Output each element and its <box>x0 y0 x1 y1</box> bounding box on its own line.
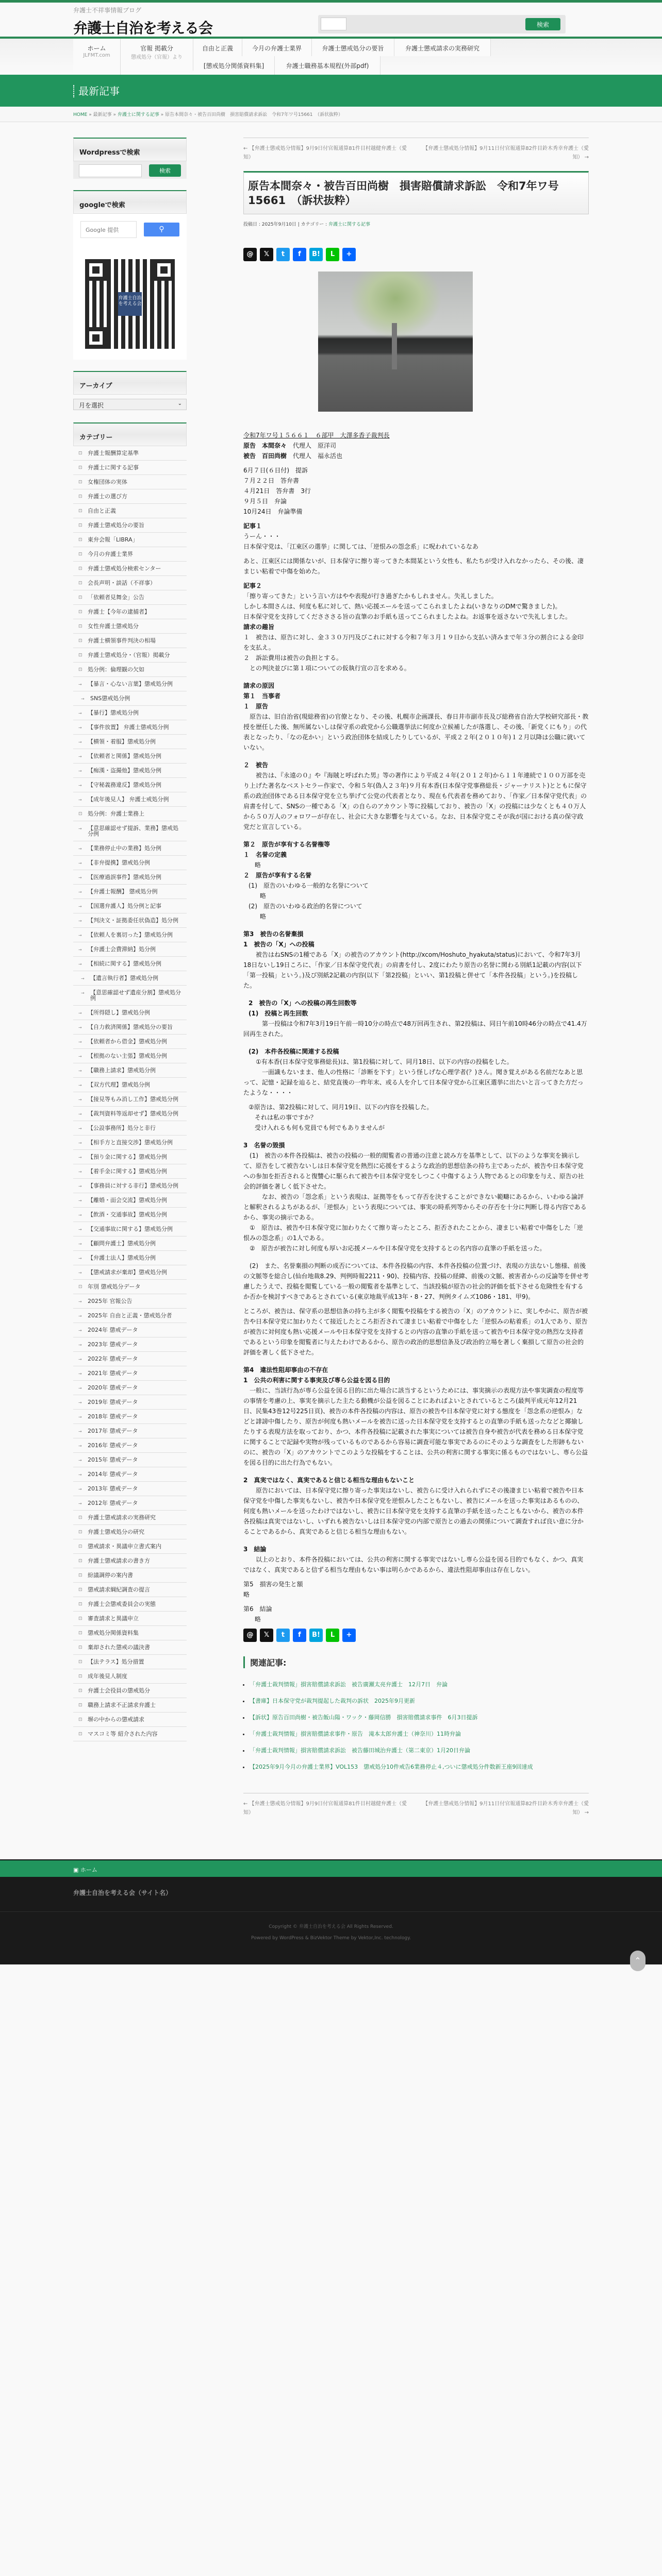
nav-jiyu-to-seigi[interactable]: 自由と正義 <box>193 39 242 56</box>
arrow-box-icon: ⊡ <box>78 1530 82 1535</box>
category-item[interactable]: ⊡弁護士懲戒請求の書き方 <box>73 1554 187 1568</box>
article-body: 令和7年ワ号１５６６１ ６部甲 大澤多香子裁判長 原告 本間奈々 代理人 原洋司… <box>243 430 589 1624</box>
related-post-item: 【2025年9月今月の弁護士業界】VOL153 懲戒処分10件戒告6業務停止４,… <box>250 1762 589 1772</box>
arrow-box-icon: ⊡ <box>78 609 82 615</box>
category-item[interactable]: →2013年 懲戒データ <box>73 1482 187 1496</box>
arrow-box-icon: ⊡ <box>78 451 82 456</box>
arrow-right-icon: → <box>78 1241 82 1247</box>
copyright: Copyright © 弁護士自治を考える会 All Rights Reserv… <box>0 1921 662 1933</box>
wp-search-title: Wordpressで検索 <box>73 138 187 161</box>
arrow-right-icon: → <box>78 875 82 880</box>
site-footer: 弁護士自治を考える会（サイト名） Copyright © 弁護士自治を考える会 … <box>0 1877 662 1964</box>
arrow-right-icon: → <box>78 918 82 924</box>
category-item[interactable]: →【横領・着服】懲戒処分例 <box>73 735 187 749</box>
arrow-right-icon: → <box>78 768 82 774</box>
category-item[interactable]: →【守秘義務違反】懲戒処分例 <box>73 778 187 792</box>
arrow-right-icon: → <box>78 1501 82 1506</box>
category-item[interactable]: ⊡弁護士報酬算定基準 <box>73 446 187 461</box>
category-item[interactable]: →【双方代理】懲戒処分例 <box>73 1078 187 1092</box>
prev-post-link[interactable]: ← 【弁護士懲戒処分情報】9月9日付官報通算81件目村越健弁護士（愛知） <box>243 144 413 162</box>
category-item[interactable]: ⊡マスコミ等 紹介された内容 <box>73 1727 187 1741</box>
category-item[interactable]: →2024年 懲戒データ <box>73 1323 187 1337</box>
category-item[interactable]: ⊡弁護士懲戒処分・（官報）掲載分 <box>73 648 187 663</box>
arrow-right-icon: → <box>78 846 82 852</box>
related-post-link[interactable]: 「弁護士裁判情報」損害賠償請求事件・原告 滝本太郎弁護士（神奈川）11時弁論 <box>250 1731 461 1737</box>
related-post-link[interactable]: 【書庫】日本保守党が裁判提起した裁判の訴状 2025年9月更新 <box>250 1698 415 1704</box>
category-item[interactable]: →2012年 懲戒データ <box>73 1496 187 1511</box>
category-item[interactable]: ⊡処分例：弁護士業務上 <box>73 807 187 821</box>
arrow-box-icon: ⊡ <box>78 1587 82 1593</box>
arrow-right-icon: → <box>81 976 85 981</box>
related-post-link[interactable]: 「弁護士裁判情報」損害賠償請求訴訟 被告廣瀬太亮弁護士 12月7日 弁論 <box>250 1681 448 1688</box>
arrow-right-icon: → <box>78 1270 82 1276</box>
arrow-right-icon: → <box>78 1054 82 1059</box>
article-meta: 投稿日 : 2025年9月10日 | カテゴリー : 弁護士に関する記事 <box>243 221 589 227</box>
main-content: ← 【弁護士懲戒処分情報】9月9日付官報通算81件目村越健弁護士（愛知） 【弁護… <box>243 138 589 1823</box>
arrow-box-icon: ⊡ <box>78 552 82 557</box>
arrow-box-icon: ⊡ <box>78 1544 82 1550</box>
nav-jitsumu[interactable]: 弁護士懲戒請求の実務研究 <box>394 39 491 56</box>
breadcrumb-current: 原告本間奈々・被告百田尚樹 損害賠償請求訴訟 令和7年ワ号15661 （訴状抜粋… <box>165 112 343 117</box>
chevron-down-icon: ⌄ <box>178 401 182 406</box>
nav-kitei-pdf[interactable]: 弁護士職務基本規程(外部pdf) <box>275 56 380 75</box>
arrow-box-icon: ⊡ <box>78 811 82 817</box>
category-item[interactable]: ⊡年別 懲戒処分データ <box>73 1280 187 1294</box>
arrow-right-icon: → <box>78 1429 82 1434</box>
global-nav-wrap: ホームJLFMT.com 官報 掲載分懲戒処分（官報）より 自由と正義 今月の弁… <box>0 39 662 75</box>
case-number: 令和7年ワ号１５６６１ ６部甲 大澤多香子裁判長 <box>243 430 589 440</box>
line-share-icon[interactable]: L <box>326 248 339 261</box>
category-item[interactable]: ⊡弁護士懲戒請求の実務研究 <box>73 1511 187 1525</box>
arrow-box-icon: ⊡ <box>78 667 82 673</box>
category-item[interactable]: →【所得隠し】懲戒処分例 <box>73 1006 187 1020</box>
category-item[interactable]: ⊡女権団体の実体 <box>73 475 187 489</box>
related-post-link[interactable]: 「弁護士裁判情報」損害賠償請求訴訟 被告藤田城治弁護士（第二東京）1月20日弁論 <box>250 1747 470 1754</box>
category-item[interactable]: →【裁判資料等返却せず】懲戒処分例 <box>73 1107 187 1121</box>
wp-search-button[interactable]: 検索 <box>149 164 181 177</box>
page-banner: 最新記事 <box>0 75 662 107</box>
arrow-right-icon: → <box>78 710 82 716</box>
scroll-to-top-button[interactable]: ⌃ <box>630 1951 646 1971</box>
related-post-item: 【書庫】日本保守党が裁判提起した裁判の訴状 2025年9月更新 <box>250 1696 589 1706</box>
category-item[interactable]: →【相手方と直接交渉】懲戒処分例 <box>73 1136 187 1150</box>
category-item[interactable]: →【事件放置】 弁護士懲戒処分例 <box>73 720 187 735</box>
category-item[interactable]: ⊡自由と正義 <box>73 504 187 518</box>
sidebar: Wordpressで検索 検索 googleで検索 Google 提供 ⚲ 弁護… <box>73 138 187 1741</box>
category-item[interactable]: →2019年 懲戒データ <box>73 1395 187 1410</box>
category-item[interactable]: →2025年 自由と正義・懲戒処分者 <box>73 1309 187 1323</box>
arrow-right-icon: → <box>78 1140 82 1146</box>
arrow-right-icon: → <box>78 1299 82 1304</box>
arrow-right-icon: → <box>78 1010 82 1016</box>
category-item[interactable]: →【暴言・心ない言葉】懲戒処分例 <box>73 677 187 691</box>
category-item[interactable]: →【根拠のない主張】懲戒処分例 <box>73 1049 187 1063</box>
google-search-title: googleで検索 <box>73 190 187 214</box>
arrow-box-icon: ⊡ <box>78 494 82 500</box>
arrow-box-icon: ⊡ <box>78 1659 82 1665</box>
arrow-right-icon: → <box>78 1039 82 1045</box>
article-title-box: 原告本間奈々・被告百田尚樹 損害賠償請求訴訟 令和7年ワ号15661 （訴状抜粋… <box>243 171 589 214</box>
category-item[interactable]: ⊡弁護士懲戒処分の研究 <box>73 1525 187 1539</box>
header-search-button[interactable]: 検索 <box>525 18 560 30</box>
category-item[interactable]: →【意思確認せず提訴、業務】懲戒処分例 <box>73 821 187 841</box>
category-item[interactable]: →SNS懲戒処分例 <box>73 691 187 706</box>
related-post-link[interactable]: 【2025年9月今月の弁護士業界】VOL153 懲戒処分10件戒告6業務停止４,… <box>250 1764 533 1770</box>
related-post-item: 【訴状】原告百田尚樹・被告飯山陽・ワック・藤岡信勝 損害賠償請求事件 6月3日提… <box>250 1713 589 1723</box>
share-buttons-bottom: @𝕏tfB!L+ <box>243 1629 589 1642</box>
post-nav-top: ← 【弁護士懲戒処分情報】9月9日付官報通算81件目村越健弁護士（愛知） 【弁護… <box>243 138 589 168</box>
search-icon: ⚲ <box>159 225 164 233</box>
nav-kongetsu[interactable]: 今月の弁護士業界 <box>242 39 312 56</box>
arrow-box-icon: ⊡ <box>78 537 82 543</box>
category-item[interactable]: →2015年 懲戒データ <box>73 1453 187 1467</box>
category-item[interactable]: →【遺言執行者】懲戒処分例 <box>73 971 187 986</box>
category-item[interactable]: →2017年 懲戒データ <box>73 1424 187 1438</box>
arrow-box-icon: ⊡ <box>78 480 82 485</box>
arrow-right-icon: → <box>81 990 85 996</box>
arrow-right-icon: → <box>78 739 82 745</box>
nav-home[interactable]: ホームJLFMT.com <box>73 39 121 75</box>
arrow-box-icon: ⊡ <box>78 1732 82 1737</box>
google-search-input[interactable]: Google 提供 <box>80 221 137 238</box>
arrow-right-icon: → <box>78 961 82 967</box>
schedule: 6月７日(６日付) 提訴７月２２日 答弁書４月21日 答弁書 3行９月５日 弁論… <box>243 465 589 517</box>
breadcrumb-category[interactable]: 弁護士に関する記事 <box>118 112 159 117</box>
category-item[interactable]: →【依頼者と関係】懲戒処分例 <box>73 749 187 764</box>
arrow-right-icon: → <box>78 826 82 832</box>
category-item[interactable]: ⊡「依頼者見舞金」公告 <box>73 590 187 605</box>
category-item[interactable]: ⊡会長声明・談話（不祥事） <box>73 576 187 590</box>
arrow-box-icon: ⊡ <box>78 595 82 601</box>
category-item[interactable]: →2022年 懲戒データ <box>73 1352 187 1366</box>
arrow-right-icon: → <box>78 1472 82 1478</box>
next-post-link[interactable]: 【弁護士懲戒処分情報】9月11日付官報通算82件目鈴木秀幸弁護士（愛知） → <box>419 144 589 162</box>
category-item[interactable]: →【事務員に対する非行】懲戒処分例 <box>73 1179 187 1193</box>
category-item[interactable]: →【痴漢・盗撮他】懲戒処分例 <box>73 764 187 778</box>
arrow-right-icon: → <box>78 933 82 938</box>
category-item[interactable]: ⊡処分例：倫理観の欠如 <box>73 663 187 677</box>
qr-code-image: 弁護士自治を考える会 <box>85 259 175 349</box>
arrow-box-icon: ⊡ <box>78 624 82 630</box>
category-item[interactable]: →【顧問弁護士】懲戒処分例 <box>73 1236 187 1251</box>
category-item[interactable]: →【公設事務所】処分と非行 <box>73 1121 187 1136</box>
category-item[interactable]: →2018年 懲戒データ <box>73 1410 187 1424</box>
arrow-right-icon: → <box>78 1025 82 1030</box>
article-category-link[interactable]: 弁護士に関する記事 <box>328 222 370 227</box>
category-item[interactable]: →【飲酒・交通事故】懲戒処分例 <box>73 1208 187 1222</box>
arrow-box-icon: ⊡ <box>78 1515 82 1521</box>
arrow-right-icon: → <box>78 1357 82 1362</box>
arrow-right-icon: → <box>78 1097 82 1103</box>
arrow-right-icon: → <box>78 1256 82 1261</box>
arrow-right-icon: → <box>78 1082 82 1088</box>
threads-share-icon[interactable]: @ <box>243 1629 257 1642</box>
category-item[interactable]: →2025年 官報公告 <box>73 1294 187 1309</box>
share-buttons-top: @𝕏tfB!L+ <box>243 248 589 261</box>
x-share-icon[interactable]: 𝕏 <box>260 1629 273 1642</box>
arrow-right-icon: → <box>81 696 85 702</box>
arrow-right-icon: → <box>78 904 82 909</box>
arrow-right-icon: → <box>78 1169 82 1175</box>
arrow-right-icon: → <box>78 1212 82 1218</box>
nav-kanpo[interactable]: 官報 掲載分懲戒処分（官報）より <box>121 39 193 71</box>
related-post-item: 「弁護士裁判情報」損害賠償請求訴訟 被告廣瀬太亮弁護士 12月7日 弁論 <box>250 1680 589 1690</box>
arrow-right-icon: → <box>78 1155 82 1160</box>
category-list: ⊡弁護士報酬算定基準⊡弁護士に関する記事⊡女権団体の実体⊡弁護士の選び方⊡自由と… <box>73 446 187 1741</box>
banner-title: 最新記事 <box>73 85 589 97</box>
site-title-link[interactable]: 弁護士自治を考える会 <box>73 17 212 38</box>
site-tagline: 弁護士不祥事情報ブログ <box>73 3 589 14</box>
archive-title: アーカイブ <box>73 371 187 395</box>
arrow-right-icon: → <box>78 783 82 788</box>
category-item[interactable]: ⊡成年後見人制度 <box>73 1669 187 1684</box>
arrow-right-icon: → <box>78 1068 82 1074</box>
related-post-item: 「弁護士裁判情報」損害賠償請求訴訟 被告藤田城治弁護士（第二東京）1月20日弁論 <box>250 1745 589 1756</box>
x-share-icon[interactable]: 𝕏 <box>260 248 273 261</box>
next-post-link-bottom[interactable]: 【弁護士懲戒処分情報】9月11日付官報通算82件目鈴木秀幸弁護士（愛知） → <box>419 1800 589 1817</box>
related-post-item: 「弁護士裁判情報」損害賠償請求事件・原告 滝本太郎弁護士（神奈川）11時弁論 <box>250 1729 589 1739</box>
header-search-input[interactable] <box>321 18 346 30</box>
category-item[interactable]: ⊡弁護士横領事件判決の相場 <box>73 634 187 648</box>
arrow-box-icon: ⊡ <box>78 509 82 514</box>
arrow-box-icon: ⊡ <box>78 1645 82 1651</box>
facebook-share-icon[interactable]: f <box>293 1629 306 1642</box>
arrow-right-icon: → <box>78 1227 82 1232</box>
article-title: 原告本間奈々・被告百田尚樹 損害賠償請求訴訟 令和7年ワ号15661 （訴状抜粋… <box>248 179 584 208</box>
category-item[interactable]: ⊡弁護士の選び方 <box>73 489 187 504</box>
arrow-right-icon: → <box>78 1385 82 1391</box>
arrow-right-icon: → <box>78 860 82 866</box>
arrow-right-icon: → <box>78 1328 82 1333</box>
category-item[interactable]: ⊡弁護士会懲戒委員会の実態 <box>73 1597 187 1612</box>
category-item[interactable]: ⊡懲戒請求・異議申立書式案内 <box>73 1539 187 1554</box>
arrow-right-icon: → <box>78 1443 82 1449</box>
arrow-right-icon: → <box>78 1111 82 1117</box>
category-item[interactable]: ⊡弁護士【今年の逮捕者】 <box>73 605 187 619</box>
footer-nav: ▣ ホーム <box>0 1859 662 1877</box>
arrow-box-icon: ⊡ <box>78 1616 82 1622</box>
category-item[interactable]: →【懲戒請求が棄却】懲戒処分例 <box>73 1265 187 1280</box>
arrow-right-icon: → <box>78 1313 82 1319</box>
related-posts: 関連記事: 「弁護士裁判情報」損害賠償請求訴訟 被告廣瀬太亮弁護士 12月7日 … <box>243 1656 589 1772</box>
nav-yoshi[interactable]: 弁護士懲戒処分の要旨 <box>312 39 394 56</box>
global-nav: ホームJLFMT.com 官報 掲載分懲戒処分（官報）より 自由と正義 今月の弁… <box>73 39 589 75</box>
prev-post-link-bottom[interactable]: ← 【弁護士懲戒処分情報】9月9日付官報通算81件目村越健弁護士（愛知） <box>243 1800 413 1817</box>
category-item[interactable]: →【依頼者から借金】懲戒処分例 <box>73 1035 187 1049</box>
category-item[interactable]: ⊡今月の弁護士業界 <box>73 547 187 562</box>
category-item[interactable]: →2016年 懲戒データ <box>73 1438 187 1453</box>
wp-search-box: 検索 <box>73 161 187 179</box>
category-item[interactable]: →2021年 懲戒データ <box>73 1366 187 1381</box>
share-share-icon[interactable]: + <box>342 248 356 261</box>
arrow-right-icon: → <box>78 682 82 687</box>
category-item[interactable]: →【業務停止中の業務】処分例 <box>73 841 187 856</box>
category-item[interactable]: →【非弁提携】懲戒処分例 <box>73 856 187 870</box>
category-item[interactable]: →2014年 懲戒データ <box>73 1467 187 1482</box>
hatena-share-icon[interactable]: B! <box>309 1629 323 1642</box>
arrow-right-icon: → <box>78 1183 82 1189</box>
category-item[interactable]: ⊡懲戒請求綱紀調査の提言 <box>73 1583 187 1597</box>
category-item[interactable]: ⊡棄却された懲戒の議決書 <box>73 1640 187 1655</box>
x-account-link[interactable]: http://xcom/Hoshuto_hyakuta/status <box>403 951 515 958</box>
category-item[interactable]: →【交通事故に関する】懲戒処分例 <box>73 1222 187 1236</box>
facebook-share-icon[interactable]: f <box>293 248 306 261</box>
category-item[interactable]: →【弁護士会費滞納】処分例 <box>73 942 187 957</box>
footer-home-link[interactable]: ホーム <box>80 1867 97 1873</box>
category-item[interactable]: ⊡弁護士会役員の懲戒処分 <box>73 1684 187 1698</box>
twitter-share-icon[interactable]: t <box>276 248 290 261</box>
category-item[interactable]: ⊡弁護士に関する記事 <box>73 461 187 475</box>
arrow-right-icon: → <box>78 797 82 803</box>
category-item[interactable]: →【国選弁護人】処分例と記事 <box>73 899 187 913</box>
category-item[interactable]: →【判決文・証拠委任状偽造】処分例 <box>73 913 187 928</box>
category-item[interactable]: →【相続に関する】懲戒処分例 <box>73 957 187 971</box>
category-item[interactable]: →【自力救済関係】懲戒処分の要旨 <box>73 1020 187 1035</box>
arrow-box-icon: ⊡ <box>78 1631 82 1636</box>
arrow-box-icon: ⊡ <box>78 523 82 529</box>
qr-logo: 弁護士自治を考える会 <box>118 292 142 316</box>
arrow-right-icon: → <box>78 725 82 731</box>
category-item[interactable]: →【離婚・面会交流】懲戒処分例 <box>73 1193 187 1208</box>
twitter-share-icon[interactable]: t <box>276 1629 290 1642</box>
category-item[interactable]: ⊡職務上請求不正請求弁護士 <box>73 1698 187 1713</box>
arrow-box-icon: ⊡ <box>78 653 82 658</box>
arrow-box-icon: ⊡ <box>78 1717 82 1723</box>
share-share-icon[interactable]: + <box>342 1629 356 1642</box>
category-item[interactable]: →【依頼人を裏切った】懲戒処分例 <box>73 928 187 942</box>
category-item[interactable]: →【職務上請求】懲戒処分例 <box>73 1063 187 1078</box>
arrow-box-icon: ⊡ <box>78 1284 82 1290</box>
breadcrumb-home[interactable]: HOME <box>73 112 87 117</box>
category-item[interactable]: ⊡東弁会報「LIBRA」 <box>73 533 187 547</box>
nav-shiryoshu[interactable]: [懲戒処分関係資料集] <box>193 56 275 75</box>
site-header: 弁護士不祥事情報ブログ 弁護士自治を考える会 検索 <box>73 3 589 37</box>
arrow-right-icon: → <box>78 1342 82 1348</box>
wp-search-input[interactable] <box>79 164 142 177</box>
breadcrumb: HOME » 最新記事 » 弁護士に関する記事 » 原告本間奈々・被告百田尚樹 … <box>0 107 662 122</box>
arrow-right-icon: → <box>78 1198 82 1204</box>
arrow-box-icon: ⊡ <box>78 465 82 471</box>
category-item[interactable]: ⊡審査請求と異議申立 <box>73 1612 187 1626</box>
arrow-box-icon: ⊡ <box>78 1573 82 1579</box>
related-title: 関連記事: <box>243 1656 589 1668</box>
arrow-box-icon: ⊡ <box>78 1558 82 1564</box>
arrow-box-icon: ⊡ <box>78 1674 82 1680</box>
arrow-right-icon: → <box>78 1414 82 1420</box>
arrow-right-icon: → <box>78 1126 82 1131</box>
arrow-box-icon: ⊡ <box>78 581 82 586</box>
breadcrumb-latest: 最新記事 <box>93 112 112 117</box>
category-item[interactable]: →【成年後見人】 弁護士戒処分例 <box>73 792 187 807</box>
arrow-right-icon: → <box>78 1400 82 1405</box>
category-item[interactable]: →2020年 懲戒データ <box>73 1381 187 1395</box>
post-nav-bottom: ← 【弁護士懲戒処分情報】9月9日付官報通算81件目村越健弁護士（愛知） 【弁護… <box>243 1793 589 1823</box>
footer-site-name: 弁護士自治を考える会（サイト名） <box>73 1888 589 1897</box>
threads-share-icon[interactable]: @ <box>243 248 257 261</box>
category-item[interactable]: ⊡弁護士懲戒処分検索センター <box>73 562 187 576</box>
arrow-right-icon: → <box>78 754 82 759</box>
arrow-right-icon: → <box>78 1458 82 1463</box>
arrow-box-icon: ⊡ <box>78 1703 82 1708</box>
arrow-box-icon: ⊡ <box>78 638 82 644</box>
category-item[interactable]: →【接見等もみ消し工作】懲戒処分例 <box>73 1092 187 1107</box>
courthouse-photo <box>318 272 473 412</box>
arrow-right-icon: → <box>78 1371 82 1377</box>
arrow-box-icon: ▣ <box>73 1867 78 1873</box>
category-item[interactable]: →【意思確認せず遺産分割】懲戒処分例 <box>73 986 187 1006</box>
category-item[interactable]: →【弁護士法人】懲戒処分例 <box>73 1251 187 1265</box>
arrow-right-icon: → <box>78 1486 82 1492</box>
category-item[interactable]: ⊡塀の中からの懲戒請求 <box>73 1713 187 1727</box>
header-search: 検索 <box>318 15 566 33</box>
category-item[interactable]: ⊡弁護士懲戒処分の要旨 <box>73 518 187 533</box>
category-item[interactable]: →【暴行】懲戒処分例 <box>73 706 187 720</box>
google-search-box: Google 提供 ⚲ 弁護士自治を考える会 <box>73 214 187 360</box>
category-item[interactable]: →【弁護士報酬】 懲戒処分例 <box>73 885 187 899</box>
arrow-box-icon: ⊡ <box>78 566 82 572</box>
content-wrap: Wordpressで検索 検索 googleで検索 Google 提供 ⚲ 弁護… <box>73 122 589 1823</box>
category-item[interactable]: ⊡紛議調停の案内書 <box>73 1568 187 1583</box>
arrow-box-icon: ⊡ <box>78 1688 82 1694</box>
related-post-link[interactable]: 【訴状】原告百田尚樹・被告飯山陽・ワック・藤岡信勝 損害賠償請求事件 6月3日提… <box>250 1714 477 1721</box>
category-item[interactable]: →【医療過誤事件】懲戒処分例 <box>73 870 187 885</box>
hatena-share-icon[interactable]: B! <box>309 248 323 261</box>
category-item[interactable]: →【預り金に関する】懲戒処分例 <box>73 1150 187 1164</box>
category-item[interactable]: ⊡懲戒処分関係資料集 <box>73 1626 187 1640</box>
google-search-button[interactable]: ⚲ <box>144 223 179 236</box>
arrow-right-icon: → <box>78 889 82 895</box>
arrow-right-icon: → <box>78 947 82 953</box>
category-item[interactable]: ⊡女性弁護士懲戒処分 <box>73 619 187 634</box>
category-item[interactable]: →【着手金に関する】懲戒処分例 <box>73 1164 187 1179</box>
arrow-box-icon: ⊡ <box>78 1602 82 1607</box>
category-item[interactable]: →2023年 懲戒データ <box>73 1337 187 1352</box>
category-title: カテゴリー <box>73 422 187 446</box>
archive-month-select[interactable]: 月を選択⌄ <box>73 399 187 410</box>
category-item[interactable]: ⊡【法テラス】処分措置 <box>73 1655 187 1669</box>
powered-by: Powered by WordPress & BizVektor Theme b… <box>0 1933 662 1944</box>
line-share-icon[interactable]: L <box>326 1629 339 1642</box>
